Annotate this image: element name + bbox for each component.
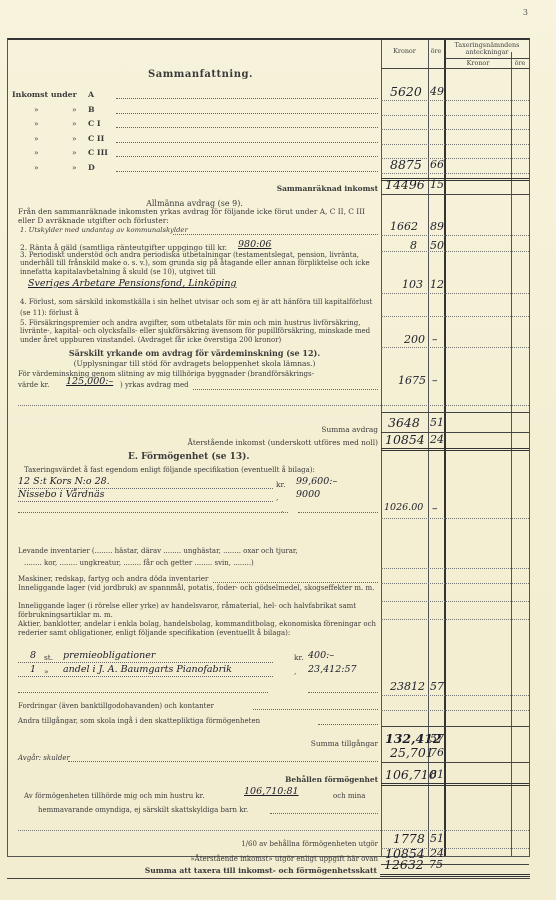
summary-end-rule [381,194,529,195]
machines-label: Maskiner, redskap, fartyg och andra döda… [18,575,208,584]
security-qty[interactable]: 1 [30,664,36,675]
deduction-1-rule [381,235,529,236]
shares-intro: Aktier, banklotter, andelar i enkla bola… [18,620,378,637]
deduction-3-ore[interactable]: 12 [430,278,444,291]
property-name[interactable]: Nissebo i Vårdnäs [18,489,105,500]
other-assets-label: Andra tillgångar, som skola ingå i den s… [18,717,260,726]
net-wealth-kronor[interactable]: 106,710 [385,767,437,782]
sum-deductions-top-rule [381,412,529,413]
final-total-rule [380,874,530,877]
deduction-3-kronor[interactable]: 103 [402,278,423,291]
deduction-2-rule [381,251,529,252]
income-row-leader [116,142,378,143]
sum-deductions-label: Summa avdrag [108,425,378,434]
ditto-mark: » [34,134,39,143]
children-value-line [270,813,378,814]
income-category-code: B [88,105,95,114]
summary-total-kronor[interactable]: 14496 [385,177,425,192]
assets-sum-ore[interactable]: 57 [430,732,444,745]
income-row-kronor[interactable]: 5620 [390,84,422,99]
security-prefix: kr. [294,653,304,662]
securities-blank-line [18,692,268,693]
machines-leader [213,582,378,583]
property-prefix: kr. [276,480,286,489]
ditto-mark: » [34,119,39,128]
wealth-share-ore[interactable]: 51 [430,832,444,845]
tax-form: Kronor öre Taxeringsnämndens anteckninga… [7,38,530,857]
depreciation-text-b-post: ) yrkas avdrag med [120,381,189,390]
debts-leader [68,761,378,762]
ditto-mark: » [72,105,77,114]
deduction-1-leader [173,234,378,235]
taxering-header: Taxeringsnämndens anteckningar [445,42,529,56]
income-row-leader [116,98,378,99]
final-remaining-label: »Återstående inkomst» utgör enligt uppgi… [68,855,378,864]
security-value[interactable]: 400:– [308,650,334,661]
tax-kronor-header: Kronor [445,60,511,67]
depreciation-text-b-pre: värde kr. [18,381,49,390]
deduction-4-label: 4. Förlust, som särskild inkomstkälla i … [20,297,378,319]
income-category-code: A [88,90,94,99]
wealth-share-label: 1/60 av behållna förmögenheten utgör [108,840,378,849]
spouse-text-pre: Av förmögenheten tillhörde mig och min h… [24,792,204,801]
final-total-kronor[interactable]: 12632 [384,857,424,872]
ditto-mark: » [72,119,77,128]
ditto-mark: » [34,148,39,157]
deduction-3-recipient[interactable]: Sveriges Arbetare Pensionsfond, Linköpin… [28,278,237,289]
depreciation-note: (Upplysningar till stöd för avdragets be… [8,359,381,368]
income-row-leader [116,127,378,128]
property-intro: Taxeringsvärdet å fast egendom enligt fö… [24,466,315,475]
ditto-mark: » [34,105,39,114]
assets-sum-label: Summa tillgångar [108,739,378,748]
income-row-ore[interactable]: 66 [430,158,444,171]
livestock-line-b: ........ kor, ........ ungkreatur, .....… [24,559,254,568]
depreciation-kronor[interactable]: 1675 [398,374,426,387]
debts-rule [381,762,529,763]
receivables-label: Fordringar (även banktillgodohavanden) o… [18,702,214,711]
property-blank-line [18,512,288,513]
remaining-income-rule [381,448,529,451]
stock-trade-label: Inneliggande lager (i rörelse eller yrke… [18,602,378,619]
security-name[interactable]: premieobligationer [63,650,155,661]
security-line [18,676,273,677]
deduction-2-interest-total[interactable]: 980:06 [238,239,271,250]
security-name[interactable]: andel i J. A. Baumgarts Pianofabrik [63,664,232,675]
receivables-rule [381,710,529,711]
securities-ore[interactable]: 57 [430,680,444,693]
header-bottom-rule [381,68,529,69]
securities-sum-leader [308,692,378,693]
income-row-leader [116,156,378,157]
final-total-label: Summa att taxera till inkomst- och förmö… [40,866,377,875]
property-name[interactable]: 12 S:t Kors N:o 28. [18,476,110,487]
livestock-rule [381,568,529,569]
property-kronor[interactable]: 1026.00 [384,502,423,513]
security-value[interactable]: 23,412:57 [308,664,357,675]
income-row-kronor[interactable]: 8875 [390,157,422,172]
depreciation-fire-insurance-value[interactable]: 125,000:– [66,376,113,387]
wealth-title: E. Förmögenhet (se 13). [128,453,250,462]
summary-title: Sammanfattning. [148,69,253,80]
ore-header: öre [428,48,444,55]
other-assets-rule [381,726,529,727]
debts-ore[interactable]: 76 [430,746,444,759]
deductions-intro: Från den sammanräknade inkomsten yrkas a… [18,207,378,225]
summary-total-ore[interactable]: 15 [430,178,444,191]
deduction-5-rule [381,347,529,348]
ditto-mark: » [72,148,77,157]
final-total-ore[interactable]: 75 [429,858,443,871]
debts-label: Avgår: skulder [18,754,70,763]
income-row-rule [381,173,529,174]
property-sum-leader [298,512,378,513]
deduction-1-ore[interactable]: 89 [430,220,444,233]
income-row-rule [381,129,529,130]
remaining-income-label: Återstående inkomst (underskott utföres … [68,438,378,447]
remaining-income-ore[interactable]: 24 [430,433,444,446]
security-unit: » [44,667,49,676]
income-category-code: C II [88,134,104,143]
securities-rule [381,695,529,696]
income-category-code: D [88,163,95,172]
income-category-code: C III [88,148,108,157]
kronor-header: Kronor [381,48,428,55]
sum-deductions-kronor[interactable]: 3648 [388,415,420,430]
income-row-rule [381,115,529,116]
spouse-text-post: och mina [333,792,365,801]
livestock-line-a: Levande inventarier (........ hästar, dä… [18,547,298,556]
deduction-3-label: 3. Periodiskt understöd och andra period… [20,251,378,276]
income-category-code: C I [88,119,101,128]
deduction-5-ore[interactable]: – [432,333,438,346]
tax-ore-header: öre [511,60,529,67]
deduction-1-label: 1. Utskylder med undantag av kommunalsky… [20,226,188,235]
net-wealth-rule [381,783,529,786]
depreciation-rule [18,405,529,406]
security-prefix: , [294,667,296,676]
property-name-line [18,501,273,502]
depreciation-text-a: För värdeminskning genom slitning av mig… [18,370,314,379]
deduction-1-kronor[interactable]: 1662 [390,220,418,233]
securities-kronor[interactable]: 23812 [390,680,425,693]
depreciation-ore[interactable]: – [432,374,438,387]
property-comma: , [281,505,283,514]
depreciation-title: Särskilt yrkande om avdrag för värdemins… [8,349,381,358]
wealth-share-kronor[interactable]: 1778 [393,831,425,846]
stock-agri-rule [381,601,529,602]
property-prefix: , [276,493,278,502]
deduction-5-kronor[interactable]: 200 [404,333,425,346]
income-under-label: Inkomst under [12,90,77,99]
deduction-3-rule [381,293,529,294]
depreciation-leader [193,389,378,390]
debts-kronor[interactable]: 25,701 [390,745,434,760]
income-row-rule [381,144,529,145]
income-row-ore[interactable]: 49 [430,85,444,98]
property-value[interactable]: 99,600:– [296,476,337,487]
spouse-wealth-value[interactable]: 106,710:81 [244,786,299,797]
security-line [18,662,273,663]
children-text: hemmavarande omyndiga, ej särskilt skatt… [38,806,248,815]
security-unit: st. [44,653,53,662]
stock-trade-rule [381,619,529,620]
receivables-leader [253,709,378,710]
ditto-mark: » [72,134,77,143]
net-wealth-ore[interactable]: 81 [430,768,444,781]
property-ore[interactable]: – [432,502,438,515]
income-row-leader [116,113,378,114]
machines-rule [381,583,529,584]
tax-form-page: 3 Kronor öre Taxeringsnämndens antecknin… [0,0,556,900]
stock-agri-label: Inneliggande lager (vid jordbruk) av spa… [18,584,378,593]
net-wealth-label: Behållen förmögenhet [108,775,378,784]
security-qty[interactable]: 8 [30,650,36,661]
ditto-mark: » [72,163,77,172]
page-number: 3 [523,8,528,17]
summary-total-label: Sammanräknad inkomst [168,184,378,193]
deduction-5-label: 5. Försäkringspremier och andra avgifter… [20,319,378,344]
wealth-section-rule [18,830,529,831]
property-value[interactable]: 9000 [296,489,320,500]
deduction-4-rule [381,316,529,317]
remaining-income-kronor[interactable]: 10854 [385,432,425,447]
ditto-mark: » [34,163,39,172]
income-row-rule [381,100,529,101]
other-assets-leader [318,724,378,725]
sum-deductions-ore[interactable]: 51 [430,416,444,429]
form-bottom-rule [7,878,530,879]
income-row-leader [116,171,378,172]
property-rule [381,518,529,519]
